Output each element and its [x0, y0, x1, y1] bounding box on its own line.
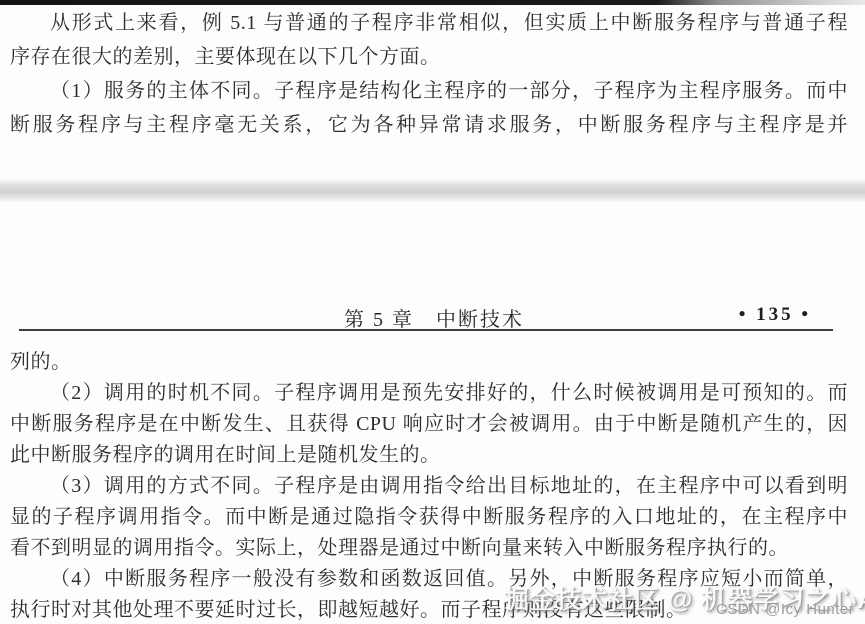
previous-page-text: 从形式上来看，例 5.1 与普通的子程序非常相似，但实质上中断服务程序与普通子程…	[10, 6, 848, 142]
page-header: 第 5 章 中断技术 • 135 •	[0, 303, 865, 329]
text-line: （3）调用的方式不同。子程序是由调用指令给出目标地址的，在主程序中可以看到明	[10, 471, 848, 502]
text-line: 看不到明显的调用指令。实际上，处理器是通过中断向量来转入中断服务程序执行的。	[10, 533, 848, 564]
watermark-csdn: CSDN @Icy Hunter	[716, 601, 854, 618]
scan-edge-artifact	[0, 0, 865, 5]
scanned-book-page: 从形式上来看，例 5.1 与普通的子程序非常相似，但实质上中断服务程序与普通子程…	[0, 0, 865, 624]
text-line: 显的子程序调用指令。而中断是通过隐指令获得中断服务程序的入口地址的，在主程序中	[10, 502, 848, 533]
text-line: 从形式上来看，例 5.1 与普通的子程序非常相似，但实质上中断服务程序与普通子程	[10, 6, 848, 40]
text-line: （1）服务的主体不同。子程序是结构化主程序的一部分，子程序为主程序服务。而中	[10, 74, 848, 108]
chapter-title: 第 5 章 中断技术	[344, 303, 524, 332]
text-line: （2）调用的时机不同。子程序调用是预先安排好的，什么时候被调用是可预知的。而	[10, 378, 848, 409]
text-line: 中断服务程序是在中断发生、且获得 CPU 响应时才会被调用。由于中断是随机产生的…	[10, 409, 848, 440]
header-rule	[19, 329, 833, 331]
text-line: 此中断服务程序的调用在时间上是随机发生的。	[10, 440, 848, 471]
text-line: 断服务程序与主程序毫无关系，它为各种异常请求服务，中断服务程序与主程序是并	[10, 108, 848, 142]
text-line: 列的。	[10, 347, 848, 378]
page-number: • 135 •	[739, 304, 811, 326]
page-separator-shadow	[0, 179, 865, 203]
text-line: 序存在很大的差别，主要体现在以下几个方面。	[10, 40, 848, 74]
